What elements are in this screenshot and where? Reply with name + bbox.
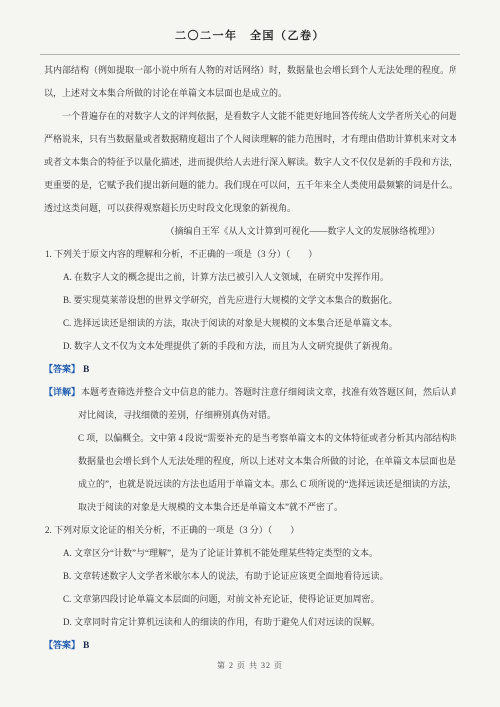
question2-options: A. 文章区分“计数”与“理解”，是为了论证计算机不能处理某些特定类型的文本。B…	[44, 542, 456, 634]
question1-option: A. 在数字人文的概念提出之前，计算方法已被引入人文领域，在研究中发挥作用。	[44, 266, 456, 289]
passage-line: 或者文本集合的特征予以量化描述，进而提供给人去进行深入解读。数字人文不仅仅是新的…	[44, 151, 456, 174]
document-page: 二〇二一年 全国（乙卷） 其内部结构（例如提取一部小说中所有人物的对话网络）时，…	[0, 0, 500, 707]
page-content: 其内部结构（例如提取一部小说中所有人物的对话网络）时，数据量也会增长到个人无法处…	[44, 59, 456, 657]
passage-line: 透过这类问题，可以获得观察超长历史时段文化现象的新视角。	[44, 197, 456, 220]
explanation-line: C 项，以偏概全。文中第 4 段说“需要补充的是当考察单篇文本的文体特征或者分析…	[44, 427, 456, 450]
question1-option: B. 要实现莫莱蒂设想的世界文学研究，首先应进行大规模的文学文本集合的数据化。	[44, 289, 456, 312]
explanation-line: 成立的”，也就是说远读的方法也适用于单篇文本。那么 C 项所说的“选择远读还是细…	[44, 473, 456, 496]
answer-label: 【答案】	[44, 640, 80, 650]
passage-line: 严格说来，只有当数据量或者数据精度超出了个人阅读理解的能力范围时，才有理由借助计…	[44, 128, 456, 151]
explanation-line: 取决于阅读的对象是大规模的文本集合还是单篇文本”就不严密了。	[44, 496, 456, 519]
question2-answer-line: 【答案】B	[44, 634, 456, 657]
passage-line: 一个普遍存在的对数字人文的评判依据，是看数字人文能不能更好地回答传统人文学者所关…	[44, 105, 456, 128]
question1-options: A. 在数字人文的概念提出之前，计算方法已被引入人文领域，在研究中发挥作用。B.…	[44, 266, 456, 358]
passage-block: 其内部结构（例如提取一部小说中所有人物的对话网络）时，数据量也会增长到个人无法处…	[44, 59, 456, 220]
question2-option: D. 文章同时肯定计算机远读和人的细读的作用，有助于避免人们对远读的误解。	[44, 611, 456, 634]
explanation-line: 数据量也会增长到个人无法处理的程度，所以上述对文本集合所做的讨论，在单篇文本层面…	[44, 450, 456, 473]
explanation-line: 对比阅读，寻找细微的差别，仔细辨别真伪对错。	[44, 404, 456, 427]
title-divider	[40, 54, 460, 55]
passage-line: 其内部结构（例如提取一部小说中所有人物的对话网络）时，数据量也会增长到个人无法处…	[44, 59, 456, 82]
answer-label: 【答案】	[44, 364, 80, 374]
passage-line: 以，上述对文本集合所做的讨论在单篇文本层面也是成立的。	[44, 82, 456, 105]
question2-answer-value: B	[80, 641, 89, 651]
question1-explanation-first-line: 【详解】本题考查筛选并整合文中信息的能力。答题时注意仔细阅读文章，找准有效答题区…	[44, 381, 456, 404]
explanation-text: 本题考查筛选并整合文中信息的能力。答题时注意仔细阅读文章，找准有效答题区间，然后…	[80, 387, 456, 397]
passage-line: 更重要的是，它赋予我们提出新问题的能力。我们现在可以问，五千年来全人类使用最频繁…	[44, 174, 456, 197]
attribution-line: （摘编自王军《从人文计算到可视化——数字人文的发展脉络梳理》）	[44, 220, 456, 243]
question1-option: C. 选择远读还是细读的方法，取决于阅读的对象是大规模的文本集合还是单篇文本。	[44, 312, 456, 335]
question2-stem: 2. 下列对原文论证的相关分析，不正确的一项是（3 分）（ ）	[44, 519, 456, 542]
question2-option: C. 文章第四段讨论单篇文本层面的问题，对前文补充论证，使得论证更加周密。	[44, 588, 456, 611]
question1-answer-line: 【答案】B	[44, 358, 456, 381]
question1-option: D. 数字人文不仅为文本处理提供了新的手段和方法，而且为人文研究提供了新视角。	[44, 335, 456, 358]
page-number: 第 2 页 共 32 页	[44, 658, 456, 674]
question2-option: A. 文章区分“计数”与“理解”，是为了论证计算机不能处理某些特定类型的文本。	[44, 542, 456, 565]
question1-answer-value: B	[80, 365, 89, 375]
question2-option: B. 文章转述数字人文学者米歇尔本人的说法，有助于论证应该更全面地看待远读。	[44, 565, 456, 588]
question1-explanation-block: 对比阅读，寻找细微的差别，仔细辨别真伪对错。C 项，以偏概全。文中第 4 段说“…	[44, 404, 456, 519]
detail-label: 【详解】	[44, 387, 80, 397]
page-title: 二〇二一年 全国（乙卷）	[44, 26, 456, 46]
question1-stem: 1. 下列关于原文内容的理解和分析，不正确的一项是（3 分）（ ）	[44, 243, 456, 266]
